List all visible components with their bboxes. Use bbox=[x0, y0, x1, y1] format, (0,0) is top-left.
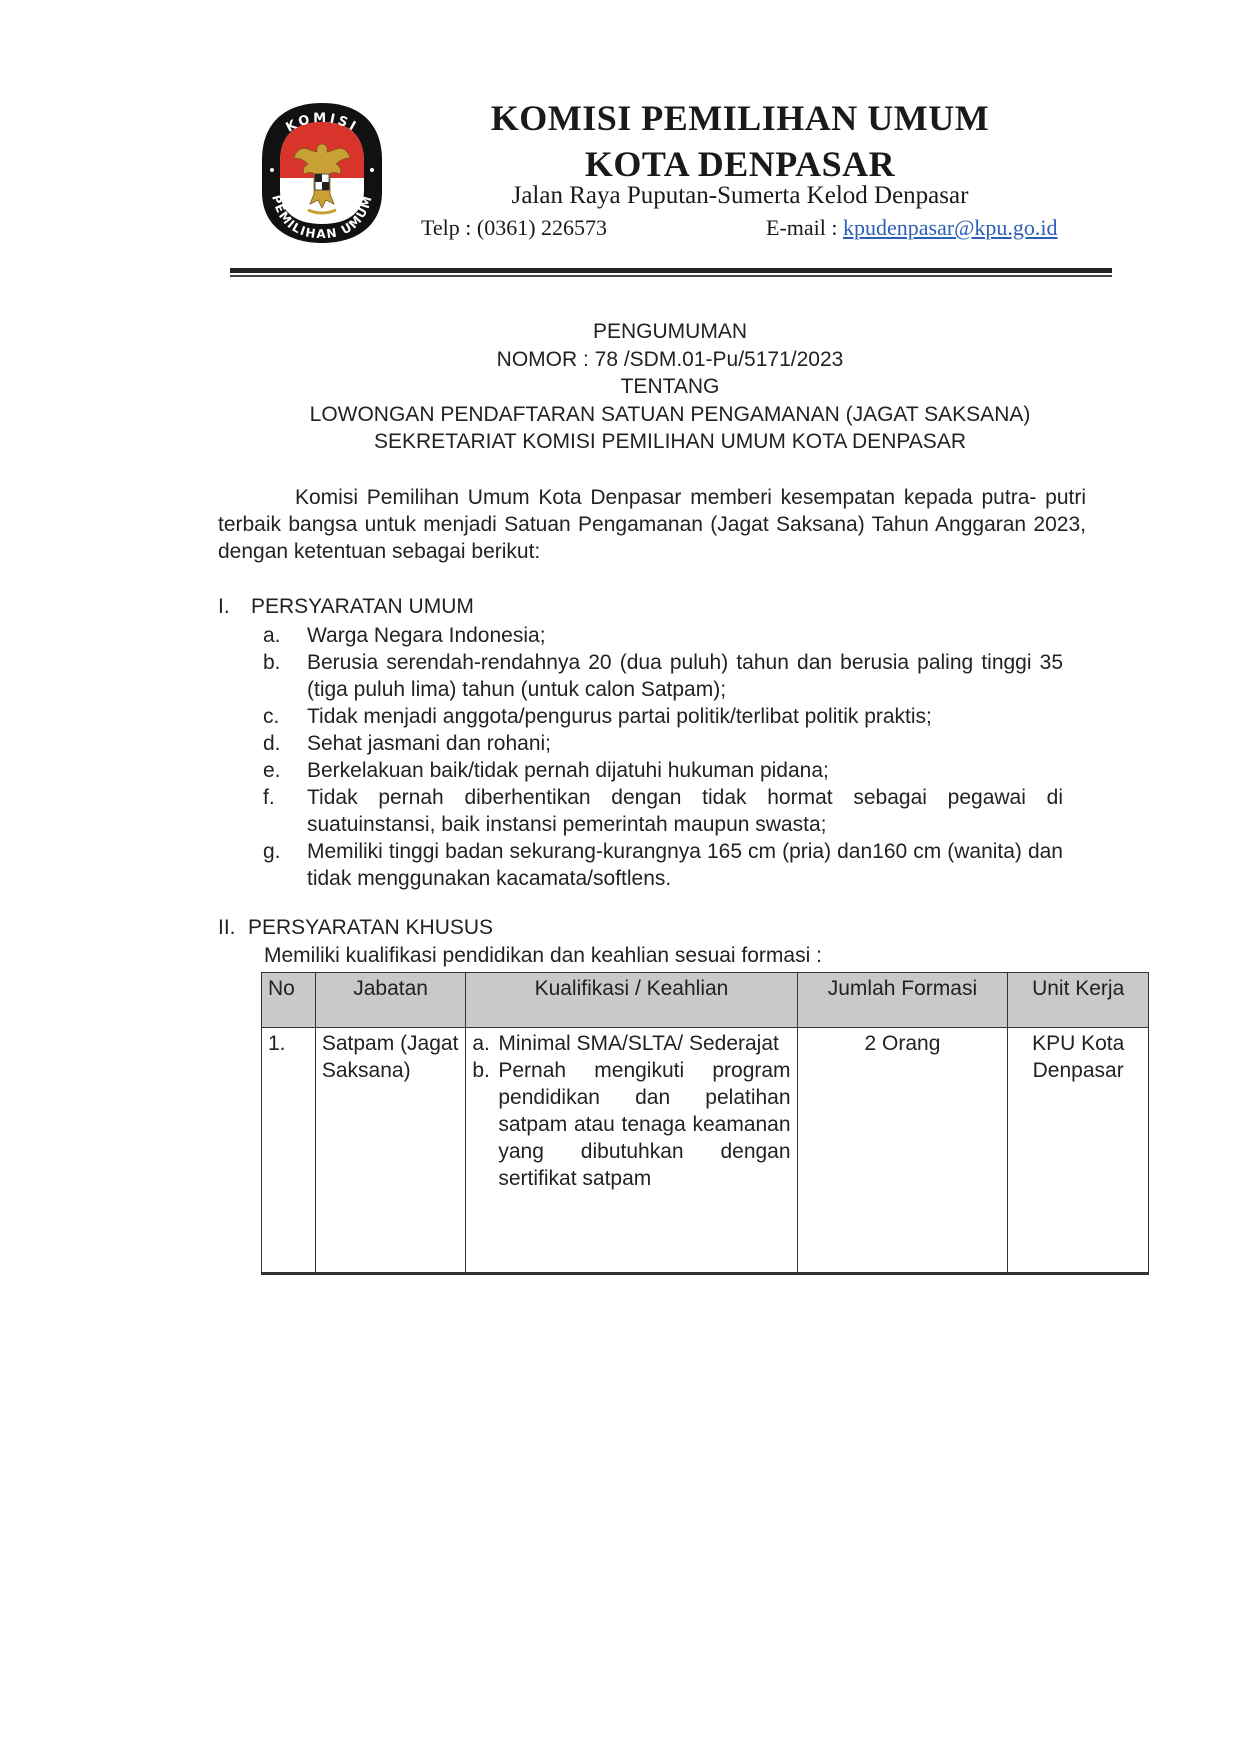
announcement-number: NOMOR : 78 /SDM.01-Pu/5171/2023 bbox=[220, 346, 1120, 374]
list-item: b.Berusia serendah-rendahnya 20 (dua pul… bbox=[263, 649, 1063, 703]
section1-title: PERSYARATAN UMUM bbox=[251, 595, 474, 618]
institution-phone: Telp : (0361) 226573 bbox=[421, 215, 607, 241]
section1-heading: I.PERSYARATAN UMUM bbox=[218, 595, 474, 619]
general-requirements-list: a.Warga Negara Indonesia; b.Berusia sere… bbox=[263, 622, 1063, 892]
column-header-jabatan: Jabatan bbox=[315, 973, 466, 1028]
announcement-title-block: PENGUMUMAN NOMOR : 78 /SDM.01-Pu/5171/20… bbox=[220, 318, 1120, 456]
column-header-jumlah: Jumlah Formasi bbox=[797, 973, 1008, 1028]
list-item: a.Warga Negara Indonesia; bbox=[263, 622, 1063, 649]
cell-unit-kerja: KPU Kota Denpasar bbox=[1008, 1028, 1149, 1274]
formation-table: No Jabatan Kualifikasi / Keahlian Jumlah… bbox=[261, 972, 1149, 1275]
announcement-subject-line1: LOWONGAN PENDAFTARAN SATUAN PENGAMANAN (… bbox=[220, 401, 1120, 429]
section2-heading: II.PERSYARATAN KHUSUS bbox=[218, 916, 493, 940]
announcement-heading: PENGUMUMAN bbox=[220, 318, 1120, 346]
list-item: e.Berkelakuan baik/tidak pernah dijatuhi… bbox=[263, 757, 1063, 784]
table-row: 1. Satpam (Jagat Saksana) a.Minimal SMA/… bbox=[262, 1028, 1149, 1274]
institution-email: E-mail : kpudenpasar@kpu.go.id bbox=[766, 215, 1058, 241]
institution-address: Jalan Raya Puputan-Sumerta Kelod Denpasa… bbox=[400, 182, 1080, 210]
table-header-row: No Jabatan Kualifikasi / Keahlian Jumlah… bbox=[262, 973, 1149, 1028]
email-label: E-mail : bbox=[766, 215, 843, 240]
column-header-no: No bbox=[262, 973, 316, 1028]
qualification-item: a.Minimal SMA/SLTA/ Sederajat bbox=[472, 1030, 790, 1057]
letterhead-divider-thin bbox=[230, 275, 1112, 277]
section2-title: PERSYARATAN KHUSUS bbox=[248, 916, 493, 939]
email-link[interactable]: kpudenpasar@kpu.go.id bbox=[843, 215, 1058, 240]
cell-kualifikasi: a.Minimal SMA/SLTA/ Sederajat b.Pernah m… bbox=[466, 1028, 797, 1274]
intro-paragraph: Komisi Pemilihan Umum Kota Denpasar memb… bbox=[218, 484, 1086, 565]
announcement-subject-line2: SEKRETARIAT KOMISI PEMILIHAN UMUM KOTA D… bbox=[220, 428, 1120, 456]
institution-name: KOMISI PEMILIHAN UMUM bbox=[400, 97, 1080, 139]
intro-text: Komisi Pemilihan Umum Kota Denpasar memb… bbox=[218, 486, 1086, 563]
letterhead-divider bbox=[230, 268, 1112, 273]
qualification-item: b.Pernah mengikuti program pendidikan da… bbox=[472, 1057, 790, 1192]
announcement-about: TENTANG bbox=[220, 373, 1120, 401]
cell-no: 1. bbox=[262, 1028, 316, 1274]
kpu-emblem-icon: KOMISI PEMILIHAN UMUM bbox=[258, 100, 386, 246]
cell-jumlah-formasi: 2 Orang bbox=[797, 1028, 1008, 1274]
column-header-unit: Unit Kerja bbox=[1008, 973, 1149, 1028]
section1-number: I. bbox=[218, 595, 251, 619]
section2-intro: Memiliki kualifikasi pendidikan dan keah… bbox=[264, 944, 822, 968]
list-item: f.Tidak pernah diberhentikan dengan tida… bbox=[263, 784, 1063, 838]
list-item: g.Memiliki tinggi badan sekurang-kurangn… bbox=[263, 838, 1063, 892]
institution-city: KOTA DENPASAR bbox=[400, 143, 1080, 185]
list-item: c.Tidak menjadi anggota/pengurus partai … bbox=[263, 703, 1063, 730]
list-item: d.Sehat jasmani dan rohani; bbox=[263, 730, 1063, 757]
section2-number: II. bbox=[218, 916, 248, 940]
cell-jabatan: Satpam (Jagat Saksana) bbox=[315, 1028, 466, 1274]
column-header-kualifikasi: Kualifikasi / Keahlian bbox=[466, 973, 797, 1028]
